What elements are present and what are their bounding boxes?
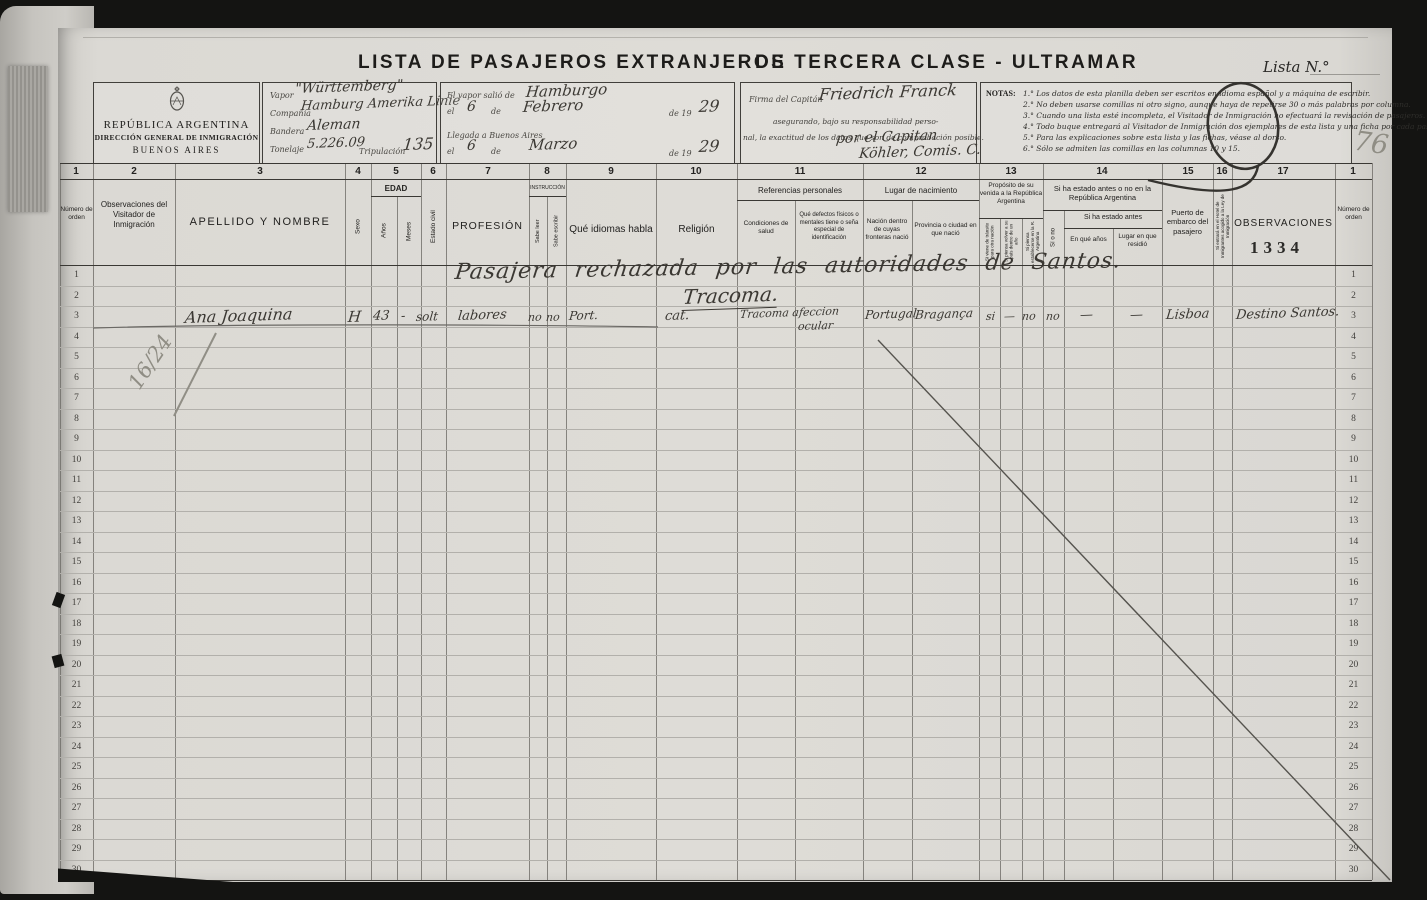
row-number: 6 bbox=[1335, 373, 1372, 383]
entry-puerto-embarco: Lisboa bbox=[1165, 306, 1210, 323]
grid-line bbox=[60, 532, 1372, 533]
grid-line bbox=[1064, 228, 1162, 229]
row-number: 29 bbox=[1335, 844, 1372, 854]
note-2: 2.° No deben usarse comillas ni otro sig… bbox=[1023, 99, 1427, 110]
note-1: 1.° Los datos de esta planilla deben ser… bbox=[1023, 88, 1427, 99]
row-number: 12 bbox=[60, 496, 93, 506]
row-number: 16 bbox=[60, 578, 93, 588]
grid-line bbox=[345, 163, 346, 880]
row-number: 3 bbox=[60, 311, 93, 321]
header-nacimiento-group: Lugar de nacimiento bbox=[863, 186, 979, 196]
grid-line bbox=[60, 491, 1372, 492]
grid-line bbox=[60, 552, 1372, 553]
header-estado-civil: Estado civil bbox=[421, 193, 446, 261]
salida-label: El vapor salió de bbox=[447, 91, 515, 100]
row-number: 25 bbox=[60, 762, 93, 772]
row-number: 7 bbox=[60, 393, 93, 403]
entry-anos: 43 bbox=[372, 308, 390, 324]
col-number-2: 2 bbox=[131, 166, 137, 177]
header-idiomas: Qué idiomas habla bbox=[566, 224, 656, 237]
header-profesion: PROFESIÓN bbox=[446, 220, 529, 233]
row-number: 13 bbox=[60, 516, 93, 526]
entry-sabe-leer: no bbox=[527, 310, 542, 324]
tonelaje-label: Tonelaje bbox=[270, 145, 304, 154]
header-observaciones-visitador: Observaciones del Visitador de Inmigraci… bbox=[95, 200, 173, 230]
row-number: 18 bbox=[60, 619, 93, 629]
row-number: 5 bbox=[1335, 352, 1372, 362]
page-top-rule bbox=[83, 37, 1368, 38]
row-number: 26 bbox=[1335, 783, 1372, 793]
header-estado-antes-group: Si ha estado antes o no en la República … bbox=[1043, 184, 1162, 203]
grid-line bbox=[60, 696, 1372, 697]
grid-line bbox=[979, 218, 1043, 219]
captain-line2: asegurando, bajo su responsabilidad pers… bbox=[773, 117, 938, 126]
tonelaje-value: 5.226.09 bbox=[306, 135, 365, 152]
col-number-17: 17 bbox=[1277, 166, 1288, 177]
col-number-14: 14 bbox=[1096, 166, 1107, 177]
row-number: 6 bbox=[60, 373, 93, 383]
header-lugar-residio: Lugar en que residió bbox=[1113, 233, 1162, 249]
grid-line bbox=[60, 778, 1372, 779]
row-number: 14 bbox=[1335, 537, 1372, 547]
header-condiciones-salud: Condiciones de salud bbox=[739, 220, 793, 236]
pencil-page-number: 76 bbox=[1352, 126, 1390, 161]
row-number: 4 bbox=[1335, 332, 1372, 342]
row-number: 10 bbox=[1335, 455, 1372, 465]
row-number: 18 bbox=[1335, 619, 1372, 629]
header-instruccion-group: INSTRUCCIÓN bbox=[529, 185, 566, 191]
scan-background: { "titles": { "main_left": "LISTA DE PAS… bbox=[0, 0, 1427, 900]
col-number-1: 1 bbox=[73, 166, 79, 177]
grid-line bbox=[60, 655, 1372, 656]
row-number: 19 bbox=[1335, 639, 1372, 649]
salida-day: 6 bbox=[466, 99, 477, 115]
org-country: REPÚBLICA ARGENTINA bbox=[104, 119, 250, 131]
row-number: 28 bbox=[60, 824, 93, 834]
entry-idiomas: Port. bbox=[568, 308, 599, 323]
grid-line bbox=[60, 573, 1372, 574]
org-box: REPÚBLICA ARGENTINA DIRECCIÓN GENERAL DE… bbox=[93, 82, 260, 164]
row-number: 16 bbox=[1335, 578, 1372, 588]
row-number: 28 bbox=[1335, 824, 1372, 834]
grid-line bbox=[1162, 163, 1163, 880]
row-number: 22 bbox=[1335, 701, 1372, 711]
coat-of-arms-icon bbox=[167, 86, 187, 117]
grid-line bbox=[737, 200, 979, 201]
grid-line bbox=[175, 163, 176, 880]
col-number-7: 7 bbox=[485, 166, 491, 177]
compania-value: Hamburg Amerika Linie bbox=[300, 93, 461, 114]
row-number: 22 bbox=[60, 701, 93, 711]
row-number: 9 bbox=[1335, 434, 1372, 444]
tripulacion-label: Tripulación bbox=[359, 147, 405, 156]
grid-line bbox=[60, 409, 1372, 410]
note-3: 3.° Cuando una lista esté incompleta, el… bbox=[1023, 110, 1427, 121]
row-number: 5 bbox=[60, 352, 93, 362]
row-number: 17 bbox=[1335, 598, 1372, 608]
grid-line bbox=[60, 163, 1372, 164]
row-number: 3 bbox=[1335, 311, 1372, 321]
grid-line bbox=[1232, 163, 1233, 880]
grid-line bbox=[446, 163, 447, 880]
header-referencias-group: Referencias personales bbox=[737, 186, 863, 196]
col-number-8: 8 bbox=[544, 166, 550, 177]
grid-line bbox=[60, 757, 1372, 758]
comisario-signature: Köhler, Comis. C. bbox=[858, 142, 982, 162]
pencil-cross-stroke bbox=[174, 333, 216, 416]
header-nacion: Nación dentro de cuyas fronteras nació bbox=[864, 218, 910, 242]
col-number-6: 6 bbox=[430, 166, 436, 177]
firma-capitan-label: Firma del Capitán bbox=[749, 95, 823, 104]
grid-line bbox=[60, 327, 1372, 328]
grid-line bbox=[371, 196, 421, 197]
salida-de-label: de bbox=[491, 107, 501, 116]
header-defectos: Qué defectos físicos o mentales tiene o … bbox=[797, 212, 861, 242]
llegada-month: Marzo bbox=[528, 134, 578, 154]
entry-meses: - bbox=[400, 309, 406, 324]
grid-line bbox=[60, 368, 1372, 369]
observaciones-stamp: 1334 bbox=[1250, 238, 1304, 258]
document-page: LISTA DE PASAJEROS EXTRANJEROS DE TERCER… bbox=[58, 28, 1392, 882]
grid-line bbox=[60, 429, 1372, 430]
grid-line bbox=[60, 634, 1372, 635]
row-number: 27 bbox=[60, 803, 93, 813]
col-number-1r: 1 bbox=[1350, 166, 1356, 177]
header-hotel-inmigrantes: Si entrará en el Hotel de Inmigrantes ac… bbox=[1213, 190, 1232, 262]
llegada-de-label: de bbox=[491, 147, 501, 156]
page-subtitle: DE TERCERA CLASE - ULTRAMAR bbox=[755, 52, 1138, 74]
row-number: 8 bbox=[60, 414, 93, 424]
salida-month: Febrero bbox=[522, 96, 584, 116]
entry-estado-antes: no bbox=[1045, 309, 1060, 323]
grid-line bbox=[60, 179, 1372, 180]
row-number: 8 bbox=[1335, 414, 1372, 424]
grid-line bbox=[93, 163, 94, 880]
bandera-label: Bandera bbox=[270, 127, 304, 136]
llegada-de19-label: de 19 bbox=[669, 149, 692, 158]
col-number-9: 9 bbox=[608, 166, 614, 177]
grid-line bbox=[371, 163, 372, 880]
header-observaciones: OBSERVACIONES bbox=[1232, 218, 1335, 231]
header-proposito-group: Propósito de su venida a la República Ar… bbox=[979, 182, 1043, 206]
salida-year: 29 bbox=[698, 96, 720, 116]
row-number: 2 bbox=[1335, 291, 1372, 301]
llegada-day: 6 bbox=[466, 138, 477, 154]
header-edad-group: EDAD bbox=[371, 184, 421, 194]
row-number: 4 bbox=[60, 332, 93, 342]
grid-line bbox=[1372, 163, 1373, 880]
entry-sexo: H bbox=[347, 308, 362, 327]
col-number-12: 12 bbox=[915, 166, 926, 177]
row-number: 20 bbox=[60, 660, 93, 670]
row-number: 2 bbox=[60, 291, 93, 301]
entry-profesion: labores bbox=[457, 307, 507, 324]
row-number: 21 bbox=[60, 680, 93, 690]
header-en-que-anos: En qué años bbox=[1064, 236, 1113, 244]
vapor-label: Vapor bbox=[270, 91, 294, 100]
lista-number-blank-line bbox=[1310, 74, 1380, 75]
row-number: 17 bbox=[60, 598, 93, 608]
entry-estado-civil: solt bbox=[415, 309, 439, 324]
col-number-10: 10 bbox=[690, 166, 701, 177]
row-number: 14 bbox=[60, 537, 93, 547]
grid-line bbox=[60, 675, 1372, 676]
grid-line bbox=[1213, 163, 1214, 880]
header-ha-estado-antes: Si ha estado antes bbox=[1064, 214, 1162, 223]
grid-line bbox=[60, 839, 1372, 840]
ship-box: Vapor "Württemberg" Compañía Hamburg Ame… bbox=[262, 82, 437, 164]
grid-line bbox=[421, 163, 422, 880]
entry-apellido-nombre: Ana Joaquina bbox=[184, 304, 294, 327]
row-number: 1 bbox=[1335, 270, 1372, 280]
col-number-3: 3 bbox=[257, 166, 263, 177]
grid-line bbox=[60, 388, 1372, 389]
col-number-11: 11 bbox=[795, 166, 806, 177]
row-number: 12 bbox=[1335, 496, 1372, 506]
captain-signature: Friedrich Franck bbox=[818, 80, 958, 104]
entry-lugar-residio: — bbox=[1129, 308, 1144, 324]
salida-de19-label: de 19 bbox=[669, 109, 692, 118]
header-num-orden-right: Número de orden bbox=[1335, 206, 1372, 222]
grid-line bbox=[60, 716, 1372, 717]
entry-sabe-escribir: no bbox=[545, 310, 560, 324]
entry-observaciones: Destino Santos. bbox=[1235, 304, 1340, 323]
col-number-15: 15 bbox=[1182, 166, 1193, 177]
row-number: 24 bbox=[60, 742, 93, 752]
entry-religion: cat. bbox=[664, 308, 690, 324]
row-number: 1 bbox=[60, 270, 93, 280]
grid-line bbox=[60, 860, 1372, 861]
grid-line bbox=[60, 819, 1372, 820]
col-number-5: 5 bbox=[393, 166, 399, 177]
captain-box: Firma del Capitán Friedrich Franck asegu… bbox=[740, 82, 977, 164]
header-provincia: Provincia o ciudad en que nació bbox=[913, 222, 978, 238]
row-number: 9 bbox=[60, 434, 93, 444]
entry-en-que-anos: — bbox=[1079, 308, 1094, 324]
row-number: 25 bbox=[1335, 762, 1372, 772]
bandera-value: Aleman bbox=[306, 116, 361, 134]
row-number: 15 bbox=[1335, 557, 1372, 567]
grid-line bbox=[1000, 218, 1001, 880]
vapor-value: "Württemberg" bbox=[294, 77, 404, 97]
grid-line bbox=[60, 880, 1372, 881]
row-number: 11 bbox=[60, 475, 93, 485]
entry-proposito-3: no bbox=[1021, 309, 1036, 323]
grid-line bbox=[60, 450, 1372, 451]
grid-line bbox=[60, 737, 1372, 738]
col-number-16: 16 bbox=[1216, 166, 1227, 177]
header-sexo: Sexo bbox=[345, 193, 371, 261]
notes-box: NOTAS: 1.° Los datos de esta planilla de… bbox=[980, 82, 1352, 164]
row-number: 24 bbox=[1335, 742, 1372, 752]
header-meses: Meses bbox=[397, 200, 421, 262]
notes-heading: NOTAS: bbox=[986, 89, 1016, 98]
page-title: LISTA DE PASAJEROS EXTRANJEROS bbox=[358, 52, 786, 74]
llegada-el-label: el bbox=[447, 147, 454, 156]
grid-line bbox=[60, 593, 1372, 594]
grid-line bbox=[60, 511, 1372, 512]
salida-el-label: el bbox=[447, 107, 454, 116]
voyage-box: El vapor salió de Hamburgo el 6 de Febre… bbox=[440, 82, 735, 164]
col-number-4: 4 bbox=[355, 166, 361, 177]
row-number: 27 bbox=[1335, 803, 1372, 813]
grid-line bbox=[60, 470, 1372, 471]
row-number: 21 bbox=[1335, 680, 1372, 690]
col-number-13: 13 bbox=[1005, 166, 1016, 177]
row-number: 19 bbox=[60, 639, 93, 649]
org-department: DIRECCIÓN GENERAL DE INMIGRACIÓN bbox=[95, 133, 259, 142]
header-apellido-nombre: APELLIDO Y NOMBRE bbox=[175, 216, 345, 230]
row-number: 26 bbox=[60, 783, 93, 793]
header-sabe-leer: Sabe leer bbox=[529, 200, 547, 262]
grid-line bbox=[529, 196, 566, 197]
grid-line bbox=[60, 347, 1372, 348]
grid-line bbox=[60, 614, 1372, 615]
row-number: 30 bbox=[1335, 865, 1372, 875]
header-puerto-embarco: Puerto de embarco del pasajero bbox=[1162, 208, 1213, 236]
pencil-scribble: 16/24 bbox=[123, 330, 177, 394]
row-number: 10 bbox=[60, 455, 93, 465]
entry-nacion: Portugal bbox=[864, 306, 917, 322]
row-number: 13 bbox=[1335, 516, 1372, 526]
row-number: 15 bbox=[60, 557, 93, 567]
llegada-year: 29 bbox=[698, 136, 720, 156]
llegada-label: Llegada a Buenos Aires bbox=[447, 131, 543, 140]
entry-salud-linea2: ocular bbox=[797, 319, 834, 333]
header-sabe-escribir: Sabe escribir bbox=[547, 200, 566, 262]
page-tear-speck bbox=[52, 654, 65, 668]
entry-proposito-1: si bbox=[985, 310, 996, 323]
entry-provincia: Bragança bbox=[914, 306, 974, 322]
binding-fabric-strip bbox=[8, 66, 48, 212]
header-religion: Religión bbox=[656, 224, 737, 237]
row-number: 23 bbox=[1335, 721, 1372, 731]
row-number: 23 bbox=[60, 721, 93, 731]
diagonal-strike-line bbox=[878, 340, 1390, 880]
grid-line bbox=[60, 798, 1372, 799]
row-number: 11 bbox=[1335, 475, 1372, 485]
org-city: BUENOS AIRES bbox=[133, 145, 221, 155]
row-number: 29 bbox=[60, 844, 93, 854]
grid-line bbox=[1043, 210, 1162, 211]
row-number: 20 bbox=[1335, 660, 1372, 670]
row-number: 7 bbox=[1335, 393, 1372, 403]
header-num-orden-left: Número de orden bbox=[60, 206, 93, 222]
entry-proposito-2: — bbox=[1003, 310, 1015, 323]
header-anos: Años bbox=[371, 200, 397, 262]
grid-line bbox=[1064, 210, 1065, 880]
tripulacion-value: 135 bbox=[402, 134, 435, 154]
